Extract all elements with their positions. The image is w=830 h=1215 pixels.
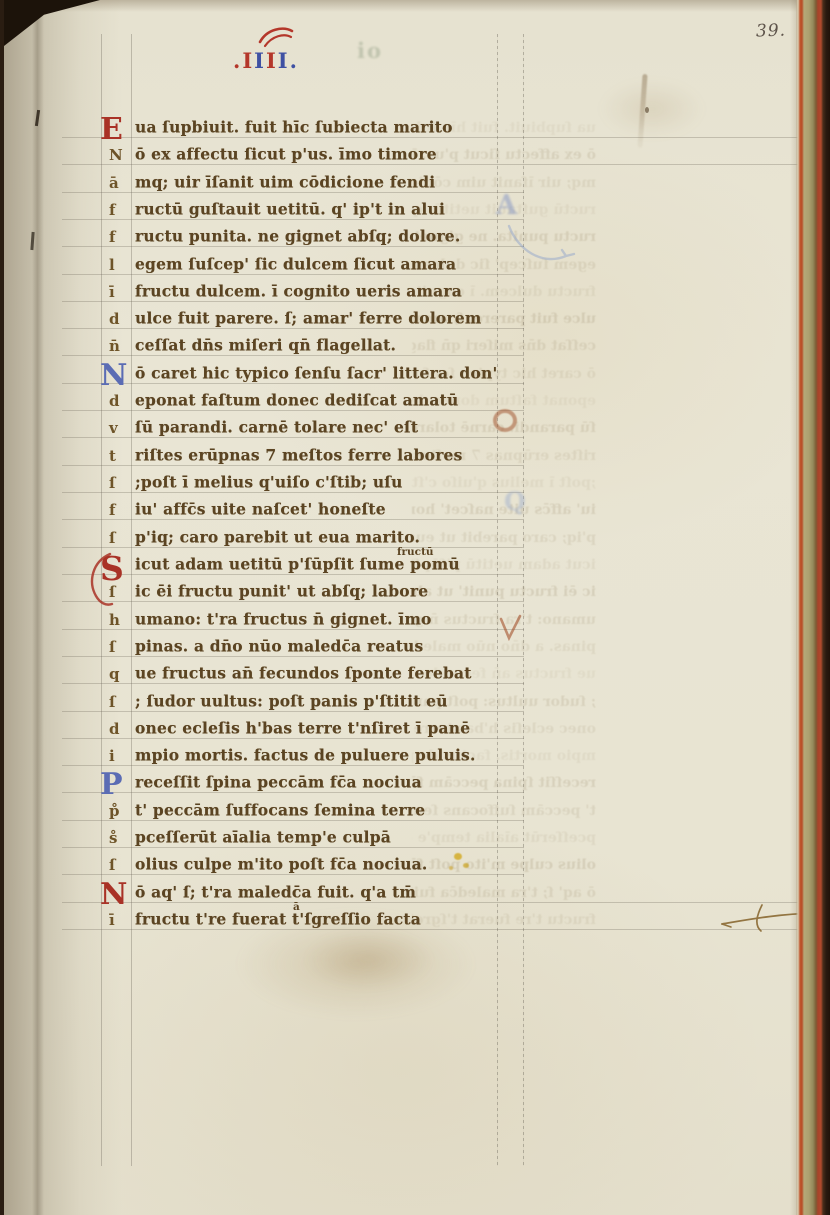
verse-initial: i [109,747,115,765]
verse-text: ō aq' ſ; t'ra maledc̄a fuit. q'a tm̄ [135,882,416,902]
fore-edge-stripes [796,0,830,1215]
verse-initial: N [109,146,123,164]
verse-initial: ī [109,283,115,301]
bleedthrough-text: ſū parandi. carnē tolare nec' eſt [412,420,596,436]
verse-initial: d [109,392,120,410]
top-edge-shade [4,0,800,12]
heading-char: . [233,48,242,73]
verse-initial: q [109,665,120,683]
verse-initial: N [100,877,127,912]
verse-initial: P [100,767,123,802]
verse-line: āmq; uir īſanit uim cōdicione fendimq; u… [4,172,800,199]
verse-text: ue fructus an̄ fecundos ſponte ferebat [135,663,472,683]
bleedthrough-text: mq; uir īſanit uim cōdicione fendi [412,175,596,191]
verse-line: Nō caret hic typico ſenſu ſacr' littera.… [4,363,800,390]
verse-initial: ſ [109,693,115,711]
verse-text: receſſit ſpina peccām fc̄a nociua [135,772,422,792]
verse-text: ;poſt ī melius q'uiſo c'ſtib; uſu [135,472,403,492]
verse-text: iu' affc̄s uite naſcet' honeſte [135,499,386,519]
verse-line: īfructu dulcem. ī cognito ueris amarafru… [4,281,800,308]
verse-line: Preceſſit ſpina peccām fc̄a nociuareceſſ… [4,772,800,799]
folio-number: 39. [756,20,787,41]
bleedthrough-text: t' peccām ſuffocans ſemina terre [412,803,596,819]
verse-line: p̊t' peccām ſuffocans ſemina terret' pec… [4,800,800,827]
verse-initial: p̊ [109,802,120,820]
bleedthrough-text: olius culpe m'ito poſt fc̄a nociua. [412,857,596,873]
bleedthrough-text: ;poſt ī melius q'uiſo c'ſtib; uſu [412,475,596,491]
verse-line: legem ſuſcep' ſic dulcem ſicut amaraegem… [4,254,800,281]
verse-initial: v [109,419,118,437]
interlinear-correction: ā [293,901,300,913]
bleedthrough-heading: io [357,38,383,63]
initial-s-tail-flourish-icon [86,552,116,610]
heading-char: I [266,48,278,73]
heading-char: I [242,48,254,73]
verse-text: ic ēi fructu punit' ut abſq; labore [135,581,428,601]
bleedthrough-text: pceſſerūt aīalia temp'e culpā [412,830,596,846]
interlinear-correction: fructū [397,546,434,558]
verse-line: Sicut adam uetitū p'ſūpſit ſume pomūfruc… [4,554,800,581]
verse-line: fiu' affc̄s uite naſcet' honeſteiu' affc… [4,499,800,526]
dark-speck [645,107,649,113]
verse-initial: E [100,112,123,147]
verse-initial: ſ [109,856,115,874]
verse-line: Nō aq' ſ; t'ra maledc̄a fuit. q'a tm̄ō a… [4,882,800,909]
bleedthrough-text: ceſſat dn̄s miſeri qn̄ flagellat. [412,338,596,354]
verse-line: que fructus an̄ fecundos ſponte ferebatu… [4,663,800,690]
bleedthrough-text: umano: t'ra fructus n̄ gignet. īmo [412,612,596,628]
verse-line: triſtes erūpnas 7 meſtos ferre laboresri… [4,445,800,472]
verse-text: ua ſupbiuit. fuit hīc ſubiecta marito [135,117,453,137]
verse-line: īfructu t're fuerat t'ſgreſſio factaāfru… [4,909,800,936]
verse-initial: l [109,256,115,274]
verse-text: riſtes erūpnas 7 meſtos ferre labores [135,445,463,465]
verse-text: mq; uir īſanit uim cōdicione fendi [135,172,435,192]
verse-text: ō ex affectu ſicut p'us. īmo timore [135,144,437,164]
verse-line: deponat faſtum donec dediſcat amatūepona… [4,390,800,417]
verse-initial: f [109,228,115,246]
verse-line: vſū parandi. carnē tolare nec' eſtſū par… [4,417,800,444]
verse-line: s̊pceſſerūt aīalia temp'e culpāpceſſerūt… [4,827,800,854]
verse-text: olius culpe m'ito poſt fc̄a nociua. [135,854,428,874]
bleedthrough-text: ō ex affectu ſicut p'us. īmo timore [412,147,596,163]
verse-initial: d [109,310,120,328]
verse-initial: f [109,501,115,519]
bottom-stain-dark [304,928,434,990]
verse-line: fructū guſtauit uetitū. q' ip't in aluir… [4,199,800,226]
verse-initial: t [109,447,116,465]
verse-text: ructū guſtauit uetitū. q' ip't in alui [135,199,445,219]
bleedthrough-text: ic ēi fructu punit' ut abſq; labore [412,584,596,600]
verse-text: ceſſat dn̄s miſeri qn̄ flagellat. [135,335,396,355]
verse-text: ulce fuit parere. ſ; amar' ferre dolorem [135,308,482,328]
verse-line: ſpinas. a dn̄o nūo maledc̄a reatuspinas.… [4,636,800,663]
verse-text: pinas. a dn̄o nūo maledc̄a reatus [135,636,423,656]
verse-text: ō caret hic typico ſenſu ſacr' littera. … [135,363,497,383]
verse-initial: s̊ [109,829,117,847]
verse-initial: f [109,201,115,219]
verse-initial: h [109,611,120,629]
verse-line: donec ecleſis h'bas terre t'nſiret ī pan… [4,718,800,745]
verse-text: ructu punita. ne gignet abſq; dolore. [135,226,460,246]
bleedthrough-text: receſſit ſpina peccām fc̄a nociua [412,775,596,791]
verse-initial: ā [109,174,119,192]
parchment-page: 39. .IIII. io Eua ſupbiuit. fuit hīc ſub… [4,0,800,1215]
verse-line: impio mortis. factus de puluere puluis.m… [4,745,800,772]
verse-text: pceſſerūt aīalia temp'e culpā [135,827,391,847]
bleedthrough-text: ō aq' ſ; t'ra maledc̄a fuit. q'a tm̄ [412,885,596,901]
verse-text: mpio mortis. factus de puluere puluis. [135,745,476,765]
heading-char: I [254,48,266,73]
manuscript-photo: 39. .IIII. io Eua ſupbiuit. fuit hīc ſub… [0,0,830,1215]
verse-line: ſ;poſt ī melius q'uiſo c'ſtib; uſu;poſt … [4,472,800,499]
verse-text: p'iq; caro parebit ut eua marito. [135,527,420,547]
bleedthrough-text: iu' affc̄s uite naſcet' honeſte [412,502,596,518]
verse-line: Eua ſupbiuit. fuit hīc ſubiecta maritoua… [4,117,800,144]
bleedthrough-text: fructu t're fuerat t'ſgreſſio facta [412,912,596,928]
verse-initial: n̄ [109,337,120,355]
verse-line: ſic ēi fructu punit' ut abſq; laboreic ē… [4,581,800,608]
verse-text: fructu dulcem. ī cognito ueris amara [135,281,462,301]
verse-text: fructu t're fuerat t'ſgreſſio facta [135,909,421,929]
verse-text: umano: t'ra fructus n̄ gignet. īmo [135,609,432,629]
verse-initial: d [109,720,120,738]
verse-text: onec ecleſis h'bas terre t'nſiret ī panē [135,718,470,738]
verse-line: dulce fuit parere. ſ; amar' ferre dolore… [4,308,800,335]
verse-initial: ſ [109,529,115,547]
heading-char: I [278,48,290,73]
verse-line: ſ; ſudor uultus: poſt panis p'ſtitit eū;… [4,691,800,718]
heading-char: . [290,48,299,73]
verse-line: Nō ex affectu ſicut p'us. īmo timoreō ex… [4,144,800,171]
verse-text: t' peccām ſuffocans ſemina terre [135,800,425,820]
verse-text: ſū parandi. carnē tolare nec' eſt [135,417,418,437]
verse-text: ; ſudor uultus: poſt panis p'ſtitit eū [135,691,448,711]
verse-line: fructu punita. ne gignet abſq; dolore.ru… [4,226,800,253]
verse-initial: ſ [109,474,115,492]
verse-line: humano: t'ra fructus n̄ gignet. īmoumano… [4,609,800,636]
verse-initial: N [100,358,127,393]
verse-initial: ī [109,911,115,929]
rubric-flourish-icon [257,25,295,49]
verse-text: eponat faſtum donec dediſcat amatū [135,390,459,410]
bleedthrough-text: p'iq; caro parebit ut eua marito. [412,530,596,546]
bleedthrough-text: pinas. a dn̄o nūo maledc̄a reatus [412,639,596,655]
verse-text: egem ſuſcep' ſic dulcem ſicut amara [135,254,456,274]
chapter-heading: .IIII. io [233,48,299,78]
verse-initial: ſ [109,638,115,656]
chapter-number: .IIII. [233,53,299,72]
